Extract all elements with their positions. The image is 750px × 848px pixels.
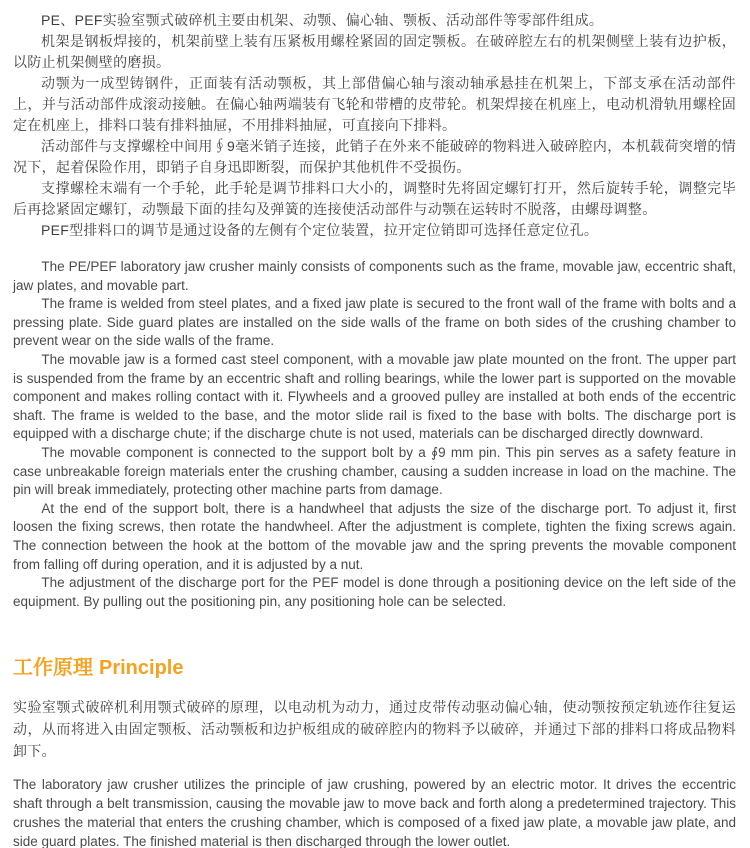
principle-paragraph-cn: 实验室颚式破碎机利用颚式破碎的原理，以电动机为动力，通过皮带传动驱动偏心轴，使动… [13, 696, 736, 762]
intro-cn-paragraph-safety-pin: 活动部件与支撑螺栓中间用∮9毫米销子连接，此销子在外来不能破碎的物料进入破碎腔内… [13, 136, 736, 178]
intro-en-block: The PE/PEF laboratory jaw crusher mainly… [13, 258, 736, 611]
section-heading-principle: 工作原理Principle [13, 656, 736, 680]
document-page: PE、PEF实验室颚式破碎机主要由机架、动颚、偏心轴、颚板、活动部件等零部件组成… [0, 0, 750, 848]
intro-cn-block: PE、PEF实验室颚式破碎机主要由机架、动颚、偏心轴、颚板、活动部件等零部件组成… [13, 10, 736, 241]
intro-en-paragraph-pef-adjustment: The adjustment of the discharge port for… [13, 574, 736, 611]
intro-cn-paragraph-pef-adjustment: PEF型排料口的调节是通过设备的左侧有个定位装置，拉开定位销即可选择任意定位孔。 [13, 220, 736, 241]
intro-cn-paragraph-movable-jaw: 动颚为一成型铸钢件，正面装有活动颚板，其上部借偏心轴与滚动轴承悬挂在机架上，下部… [13, 73, 736, 136]
section-heading-en-label: Principle [99, 657, 183, 679]
intro-en-paragraph-frame: The frame is welded from steel plates, a… [13, 295, 736, 351]
intro-en-paragraph-handwheel: At the end of the support bolt, there is… [13, 500, 736, 574]
intro-en-paragraph-movable-jaw: The movable jaw is a formed cast steel c… [13, 351, 736, 444]
intro-en-paragraph-safety-pin: The movable component is connected to th… [13, 444, 736, 500]
intro-en-paragraph-overview: The PE/PEF laboratory jaw crusher mainly… [13, 258, 736, 295]
intro-cn-paragraph-handwheel: 支撑螺栓末端有一个手轮，此手轮是调节排料口大小的，调整时先将固定螺钉打开，然后旋… [13, 178, 736, 220]
intro-cn-paragraph-overview: PE、PEF实验室颚式破碎机主要由机架、动颚、偏心轴、颚板、活动部件等零部件组成… [13, 10, 736, 31]
principle-paragraph-en: The laboratory jaw crusher utilizes the … [13, 775, 736, 848]
section-heading-cn-label: 工作原理 [13, 657, 93, 679]
intro-cn-paragraph-frame: 机架是钢板焊接的，机架前壁上装有压紧板用螺栓紧固的固定颚板。在破碎腔左右的机架侧… [13, 31, 736, 73]
